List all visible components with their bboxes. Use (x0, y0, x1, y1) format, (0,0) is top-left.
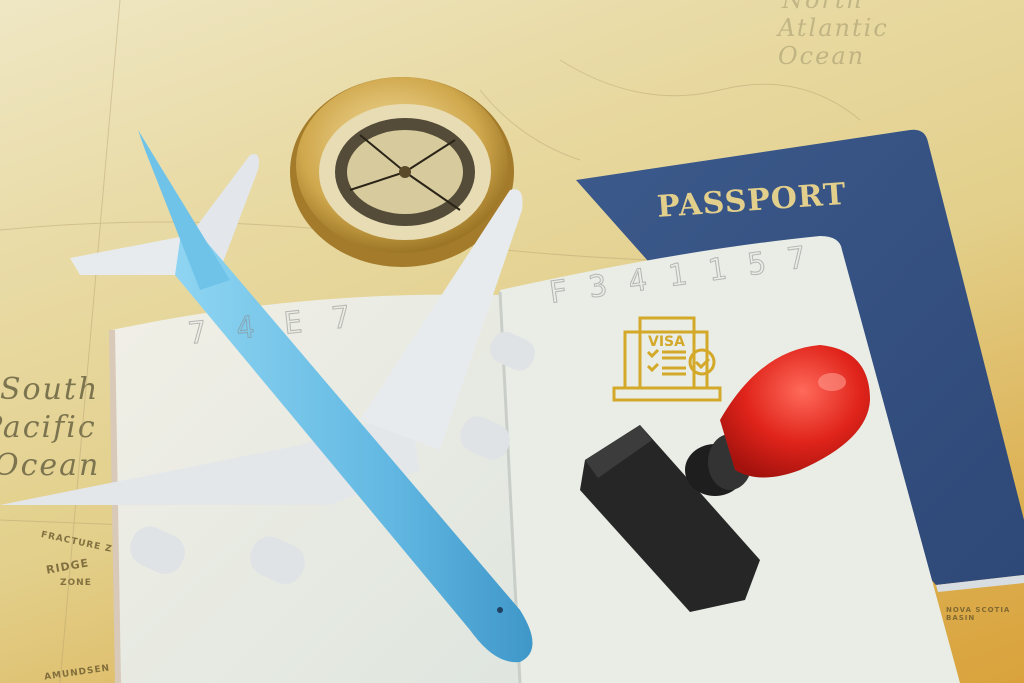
visa-document-checklist-icon: VISA (0, 0, 1024, 683)
visa-icon-label: VISA (648, 334, 685, 350)
photo-scene: South Pacific Ocean North Atlantic Ocean… (0, 0, 1024, 683)
